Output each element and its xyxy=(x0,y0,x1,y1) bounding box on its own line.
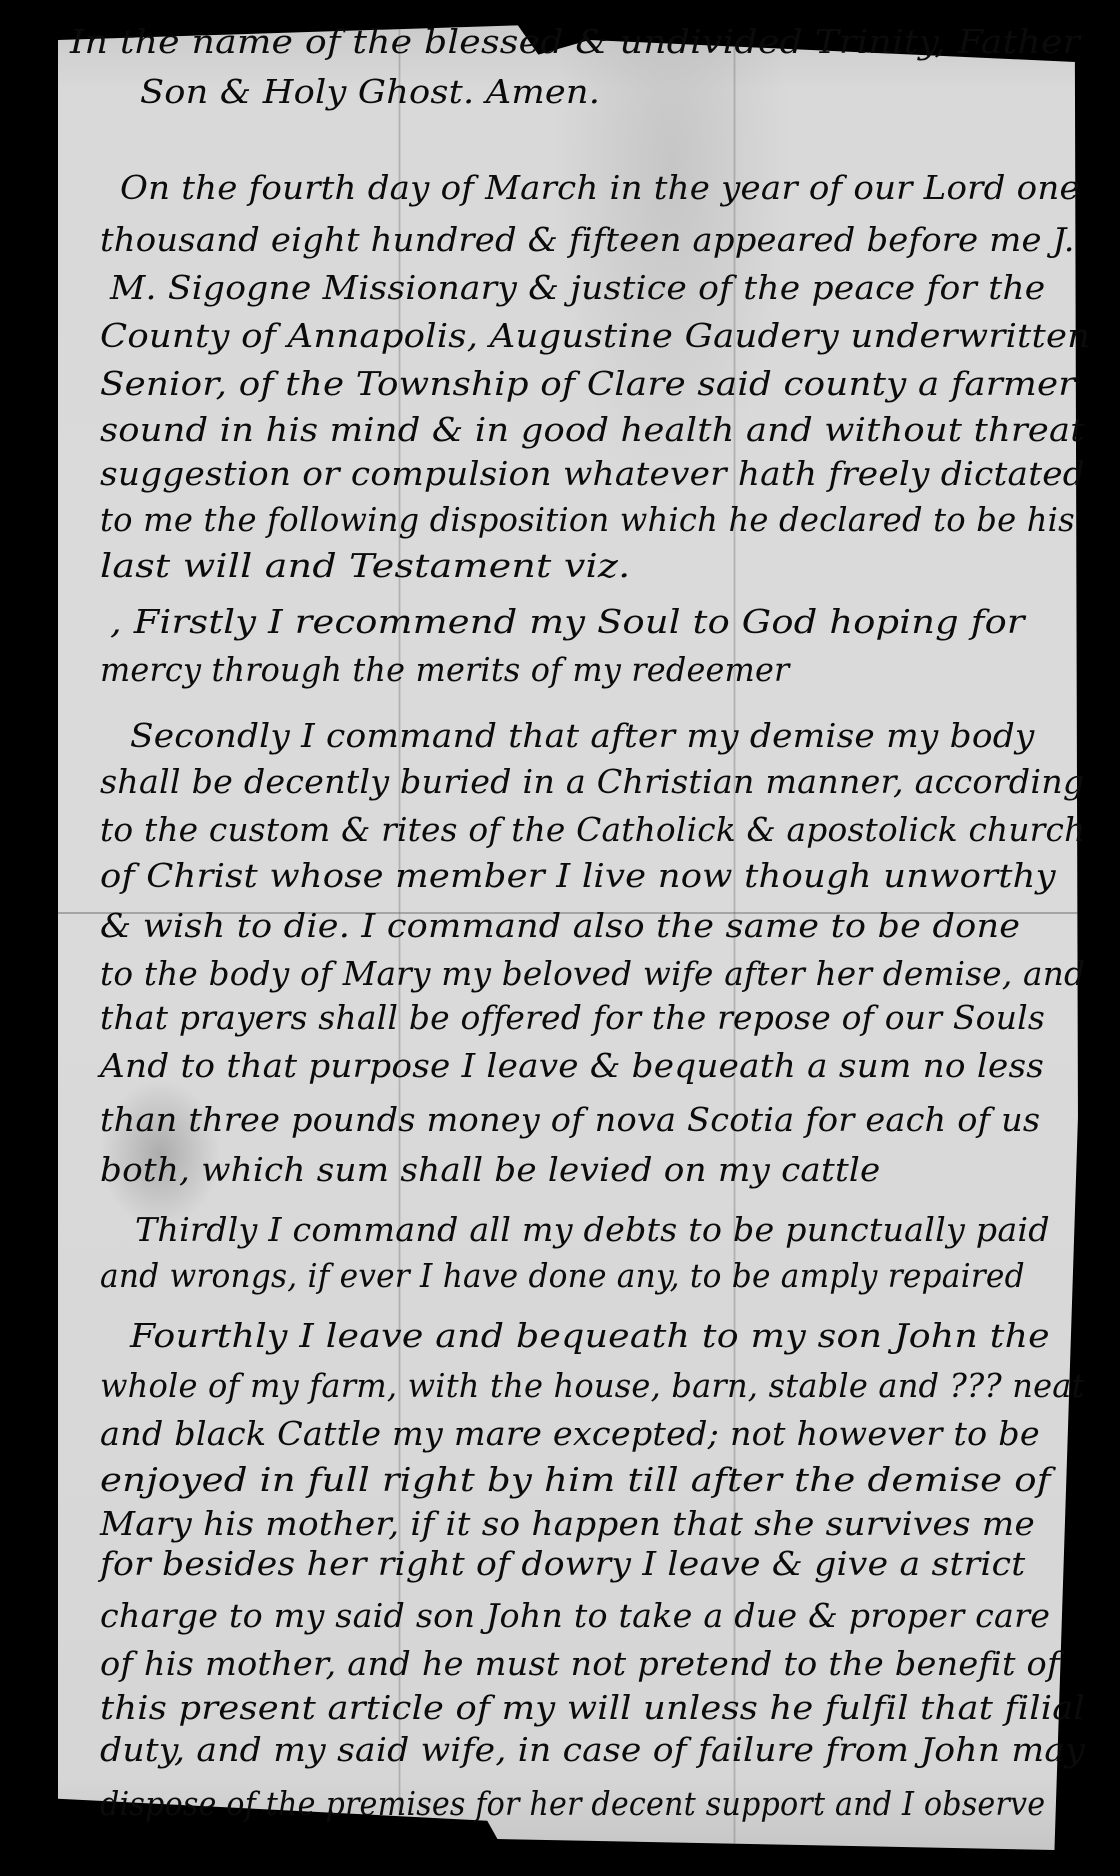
text-line: suggestion or compulsion whatever hath f… xyxy=(100,454,1085,494)
text-line: County of Annapolis, Augustine Gaudery u… xyxy=(100,316,1090,356)
text-line: And to that purpose I leave & bequeath a… xyxy=(100,1046,1044,1086)
text-line: of his mother, and he must not pretend t… xyxy=(100,1644,1060,1684)
text-line: shall be decently buried in a Christian … xyxy=(100,762,1084,802)
text-line: than three pounds money of nova Scotia f… xyxy=(100,1100,1040,1140)
text-line: enjoyed in full right by him till after … xyxy=(100,1460,1051,1500)
text-line: mercy through the merits of my redeemer xyxy=(100,650,789,690)
text-line: that prayers shall be offered for the re… xyxy=(100,998,1045,1038)
text-line: Senior, of the Township of Clare said co… xyxy=(100,364,1076,404)
text-line-invocation-cont: Son & Holy Ghost. Amen. xyxy=(140,72,600,112)
text-line-firstly: , Firstly I recommend my Soul to God hop… xyxy=(110,602,1025,642)
text-line: this present article of my will unless h… xyxy=(100,1688,1085,1728)
text-line: duty, and my said wife, in case of failu… xyxy=(100,1730,1085,1770)
text-line: for besides her right of dowry I leave &… xyxy=(100,1544,1025,1584)
text-line: dispose of the premises for her decent s… xyxy=(100,1784,1045,1824)
text-line-thirdly: Thirdly I command all my debts to be pun… xyxy=(135,1210,1050,1250)
text-line: M. Sigogne Missionary & justice of the p… xyxy=(110,268,1045,308)
text-line-invocation: In the name of the blessed & undivided T… xyxy=(70,22,1080,62)
text-line-fourthly: Fourthly I leave and bequeath to my son … xyxy=(130,1316,1050,1356)
text-line: to me the following disposition which he… xyxy=(100,500,1075,540)
text-line: charge to my said son John to take a due… xyxy=(100,1596,1050,1636)
text-line: both, which sum shall be levied on my ca… xyxy=(100,1150,880,1190)
text-line: sound in his mind & in good health and w… xyxy=(100,410,1085,450)
text-line: of Christ whose member I live now though… xyxy=(100,856,1056,896)
text-line: Mary his mother, if it so happen that sh… xyxy=(100,1504,1035,1544)
text-line-secondly: Secondly I command that after my demise … xyxy=(130,716,1035,756)
text-line: On the fourth day of March in the year o… xyxy=(120,168,1080,208)
text-line: to the body of Mary my beloved wife afte… xyxy=(100,954,1085,994)
text-line: and wrongs, if ever I have done any, to … xyxy=(100,1256,1025,1296)
text-line: & wish to die. I command also the same t… xyxy=(100,906,1020,946)
text-line: to the custom & rites of the Catholick &… xyxy=(100,810,1085,850)
text-line: and black Cattle my mare excepted; not h… xyxy=(100,1414,1040,1454)
text-line: last will and Testament viz. xyxy=(100,546,630,586)
text-line: whole of my farm, with the house, barn, … xyxy=(100,1366,1085,1406)
text-line: thousand eight hundred & fifteen appeare… xyxy=(100,220,1075,260)
